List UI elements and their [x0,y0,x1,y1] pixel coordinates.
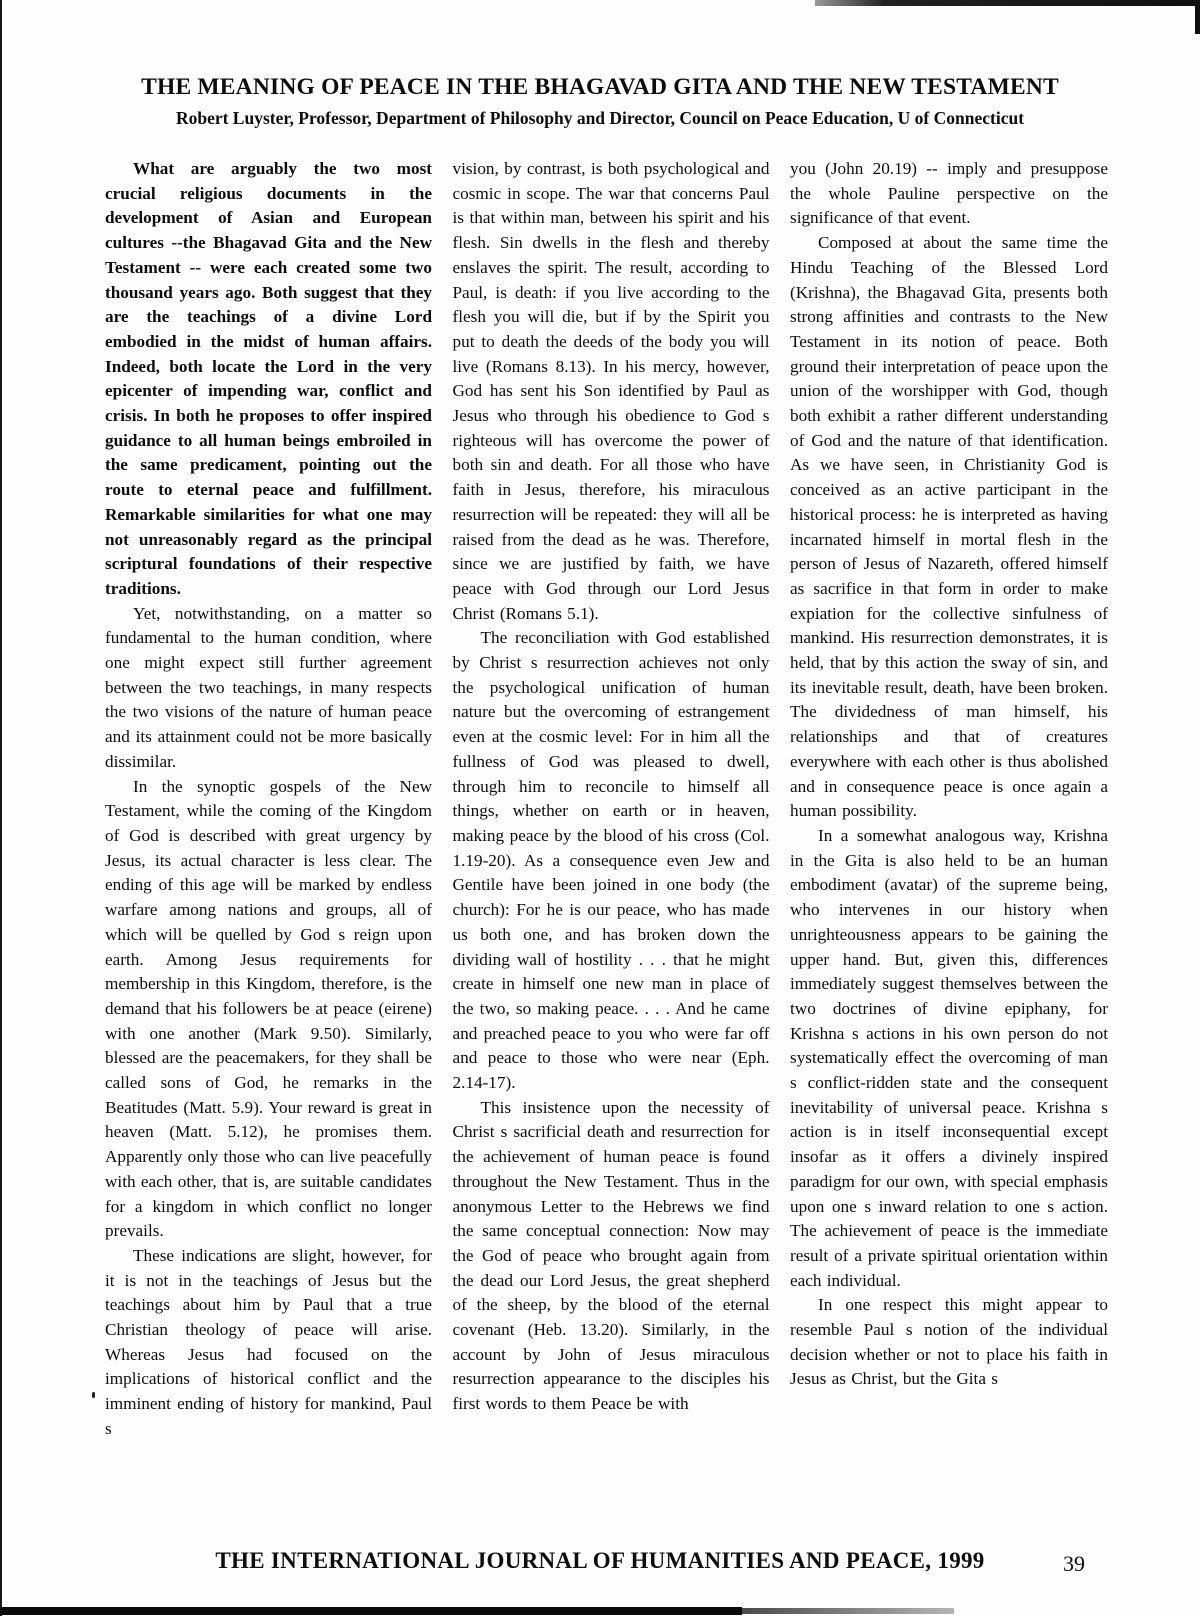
col3-paragraph-1: you (John 20.19) -- imply and presuppose… [790,157,1108,231]
col1-paragraph-4: These indications are slight, however, f… [105,1244,432,1442]
scan-bottom-edge-fade [742,1608,954,1614]
scan-bottom-edge-line [0,1607,742,1615]
scan-top-edge-line [815,0,1200,6]
col1-paragraph-2: Yet, notwithstanding, on a matter so fun… [105,602,432,775]
col2-paragraph-1: vision, by contrast, is both psychologic… [453,157,770,626]
journal-page-scan: THE MEANING OF PEACE IN THE BHAGAVAD GIT… [0,0,1200,1616]
col1-paragraph-3: In the synoptic gospels of the New Testa… [105,775,432,1244]
col3-paragraph-2: Composed at about the same time the Hind… [790,231,1108,824]
scan-speck [92,1392,95,1398]
column-3: you (John 20.19) -- imply and presuppose… [790,157,1108,1459]
scan-left-edge-line [0,0,2,1616]
article-byline: Robert Luyster, Professor, Department of… [0,108,1200,129]
column-1: What are arguably the two most crucial r… [105,157,432,1459]
col3-paragraph-3: In a somewhat analogous way, Krishna in … [790,824,1108,1293]
scan-right-edge-tick [1195,0,1200,34]
journal-name: THE INTERNATIONAL JOURNAL OF HUMANITIES … [0,1548,1200,1574]
article-body: What are arguably the two most crucial r… [105,157,1108,1459]
col1-paragraph-1: What are arguably the two most crucial r… [105,157,432,602]
col2-paragraph-3: This insistence upon the necessity of Ch… [453,1096,770,1417]
column-2: vision, by contrast, is both psychologic… [453,157,770,1459]
article-title: THE MEANING OF PEACE IN THE BHAGAVAD GIT… [0,74,1200,101]
article-header: THE MEANING OF PEACE IN THE BHAGAVAD GIT… [0,74,1200,129]
page-number: 39 [1063,1551,1085,1577]
col2-paragraph-2: The reconciliation with God established … [453,626,770,1095]
col3-paragraph-4: In one respect this might appear to rese… [790,1293,1108,1392]
page-footer: THE INTERNATIONAL JOURNAL OF HUMANITIES … [0,1548,1200,1574]
